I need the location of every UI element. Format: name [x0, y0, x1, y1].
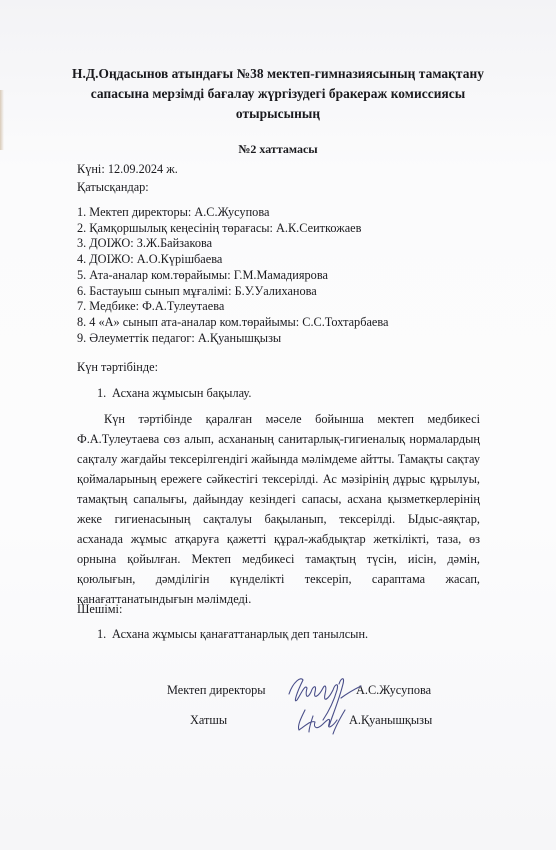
- participants-heading: Қатысқандар:: [77, 180, 149, 196]
- signature-role-secretary: Хатшы: [190, 713, 227, 728]
- title-line-2: сапасына мерзімді бағалау жүргізудегі бр…: [40, 84, 516, 104]
- document-title: Н.Д.Оңдасынов атындағы №38 мектеп-гимназ…: [40, 64, 516, 124]
- agenda-item-text: Асхана жұмысын бақылау.: [112, 386, 251, 400]
- discussion-paragraph: Күн тәртібінде қаралған мәселе бойынша м…: [77, 409, 480, 609]
- participants-list: 1. Мектеп директоры: А.С.Жусупова 2. Қам…: [77, 205, 388, 346]
- agenda-item: 1.Асхана жұмысын бақылау.: [97, 386, 251, 402]
- title-line-3: отырысының: [40, 104, 516, 124]
- agenda-item-number: 1.: [97, 386, 112, 402]
- participant-item: 9. Әлеуметтік педагог: А.Қуанышқызы: [77, 331, 388, 347]
- paper-edge-shadow: [0, 90, 4, 150]
- handwritten-signature-icon: [283, 670, 363, 745]
- participant-item: 1. Мектеп директоры: А.С.Жусупова: [77, 205, 388, 221]
- title-line-1: Н.Д.Оңдасынов атындағы №38 мектеп-гимназ…: [40, 64, 516, 84]
- protocol-number: №2 хаттамасы: [0, 142, 556, 157]
- participant-item: 3. ДОІЖО: З.Ж.Байзакова: [77, 236, 388, 252]
- decision-heading: Шешімі:: [77, 602, 122, 618]
- participant-item: 7. Медбике: Ф.А.Тулеутаева: [77, 299, 388, 315]
- signature-name-director: А.С.Жусупова: [356, 683, 431, 698]
- document-page: Н.Д.Оңдасынов атындағы №38 мектеп-гимназ…: [0, 0, 556, 850]
- participant-item: 8. 4 «А» сынып ата-аналар ком.төрайымы: …: [77, 315, 388, 331]
- participant-item: 4. ДОІЖО: А.О.Күрішбаева: [77, 252, 388, 268]
- participant-item: 2. Қамқоршылық кеңесінің төрағасы: А.К.С…: [77, 221, 388, 237]
- meeting-date: Күні: 12.09.2024 ж.: [77, 162, 178, 178]
- agenda-heading: Күн тәртібінде:: [77, 360, 158, 376]
- participant-item: 6. Бастауыш сынып мұғалімі: Б.У.Уалихано…: [77, 284, 388, 300]
- participant-item: 5. Ата-аналар ком.төрайымы: Г.М.Мамадияр…: [77, 268, 388, 284]
- signature-role-director: Мектеп директоры: [167, 683, 266, 698]
- decision-item-text: Асхана жұмысы қанағаттанарлық деп танылс…: [112, 627, 368, 641]
- decision-item: 1.Асхана жұмысы қанағаттанарлық деп таны…: [97, 627, 368, 643]
- decision-item-number: 1.: [97, 627, 112, 643]
